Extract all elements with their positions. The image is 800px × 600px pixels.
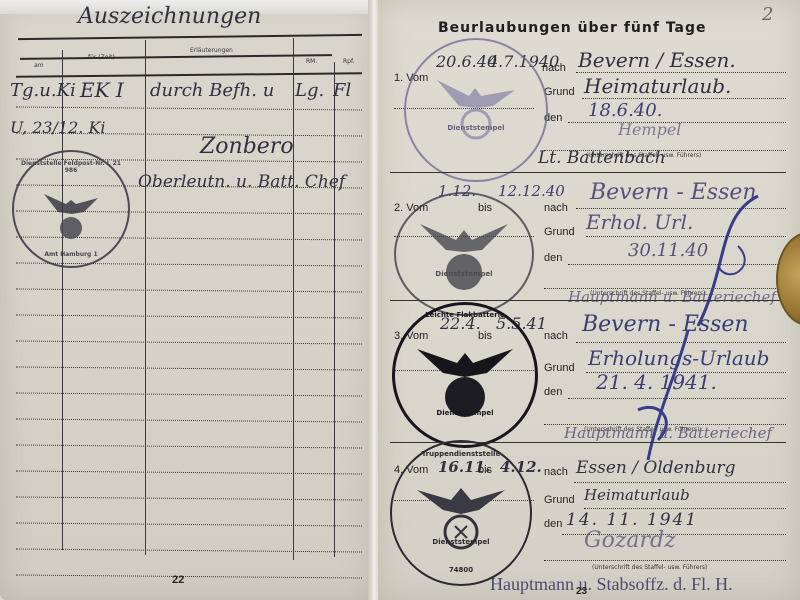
signature-scrawl: Gozardz: [584, 528, 676, 553]
entry-3-stamp: Leichte Flakbatterie Dienststempel: [392, 302, 538, 448]
awards-title: Auszeichnungen: [78, 4, 261, 29]
entry-grund: Heimaturlaub.: [584, 74, 731, 98]
header-rule: [20, 54, 332, 60]
entry-4-stamp: Truppendienststelle Dienststempel 74800: [390, 440, 532, 586]
label-nach: nach: [542, 62, 566, 74]
label-grund: Grund: [544, 226, 575, 238]
column-divider: [293, 38, 294, 560]
entry-grund: Heimaturlaub: [584, 486, 690, 504]
stamp-bottom-text: Amt Hamburg 1: [14, 251, 128, 258]
ruled-line: [16, 574, 362, 578]
entry-separator: [390, 300, 786, 301]
entry-erlaeuterungen: durch Befh. u: [150, 80, 274, 101]
page-number-left: 22: [172, 574, 184, 586]
stamp-top-text: Truppendienststelle: [392, 450, 530, 458]
label-grund: Grund: [544, 362, 575, 374]
entry-am: Tg.u.Ki: [10, 80, 76, 101]
left-page: Auszeichnungen am für (Zeit) Erläuterung…: [0, 0, 372, 600]
entry-rm: Lg.: [295, 80, 324, 101]
blue-pen-initial-mark: [618, 330, 708, 470]
stamped-signature: Hempel: [618, 120, 681, 139]
header-rule: [18, 34, 362, 40]
ruled-line: [16, 314, 362, 318]
stamp-label: Dienststempel: [392, 538, 530, 546]
entry-fuer: EK I: [80, 78, 124, 102]
ruled-line: [16, 496, 362, 500]
entry-signature: Lt. Battenbach: [538, 148, 666, 168]
column-divider: [145, 40, 146, 555]
column-header-rm: RM.: [306, 58, 317, 65]
stamp-bottom-text: 74800: [392, 566, 530, 574]
ruled-line: [16, 418, 362, 422]
stamp-label: Dienststempel: [406, 124, 546, 132]
column-header-erlaeuterungen: Erläuterungen: [190, 47, 233, 54]
entry-nach: Bevern / Essen.: [578, 48, 736, 72]
signature-caption: (Unterschrift des Staffel- usw. Führers): [592, 564, 707, 571]
entry-number: 1.: [394, 72, 403, 84]
ruled-line: [16, 470, 362, 474]
entry-2-stamp: Dienststempel: [394, 192, 534, 316]
corner-page-number: 2: [762, 4, 773, 25]
right-page: Beurlaubungen über fünf Tage 2 1. Vom 20…: [378, 0, 800, 600]
ruled-line: [16, 366, 362, 370]
commander-title: Oberleutn. u. Batt. Chef: [138, 172, 345, 192]
entry-number: 2.: [394, 202, 403, 214]
ruled-line: [16, 444, 362, 448]
column-header-am: am: [34, 62, 44, 69]
stamp-top-text: Dienststelle Feldpost-Nr. L 21 986: [14, 160, 128, 174]
header-rule: [16, 72, 362, 78]
label-den: den: [544, 386, 562, 398]
entry-den: 18.6.40.: [588, 100, 662, 121]
label-nach: nach: [544, 466, 568, 478]
label-den: den: [544, 252, 562, 264]
entry-bis: 12.12.40: [498, 182, 565, 200]
label-grund: Grund: [544, 494, 575, 506]
stamp-top-text: Leichte Flakbatterie: [395, 311, 535, 319]
label-den: den: [544, 518, 562, 530]
entry-separator: [390, 172, 786, 173]
ruled-line: [16, 522, 362, 526]
eagle-emblem-icon: [416, 204, 512, 294]
page-number-right: 23: [576, 586, 587, 597]
ruled-line: [16, 340, 362, 344]
label-nach: nach: [544, 330, 568, 342]
commander-signature: Zonbero: [200, 134, 294, 159]
entry-den: 14. 11. 1941: [566, 510, 698, 530]
label-grund: Grund: [544, 86, 575, 98]
entry-am-2: U, 23/12. Ki: [10, 118, 106, 137]
ruled-line: [16, 392, 362, 396]
leave-title: Beurlaubungen über fünf Tage: [438, 20, 707, 36]
column-header-fuer-zeit: für (Zeit): [88, 54, 115, 61]
eagle-emblem-icon: [36, 182, 106, 242]
stamp-label: Dienststempel: [396, 270, 532, 278]
entry-1-stamp: Dienststempel: [404, 38, 548, 182]
ruled-line: [16, 548, 362, 552]
label-nach: nach: [544, 202, 568, 214]
ruled-line: [16, 288, 362, 292]
entry-nach: Essen / Oldenburg: [576, 458, 736, 478]
ruled-line: [16, 106, 362, 110]
column-header-rpf: Rpf.: [343, 58, 355, 65]
entry-rpf: Fl: [333, 80, 351, 101]
stamp-label: Dienststempel: [395, 409, 535, 417]
left-page-stamp: Dienststelle Feldpost-Nr. L 21 986 Amt H…: [12, 150, 130, 268]
entry-signature: Hauptmann u. Stabsoffz. d. Fl. H.: [490, 574, 733, 595]
